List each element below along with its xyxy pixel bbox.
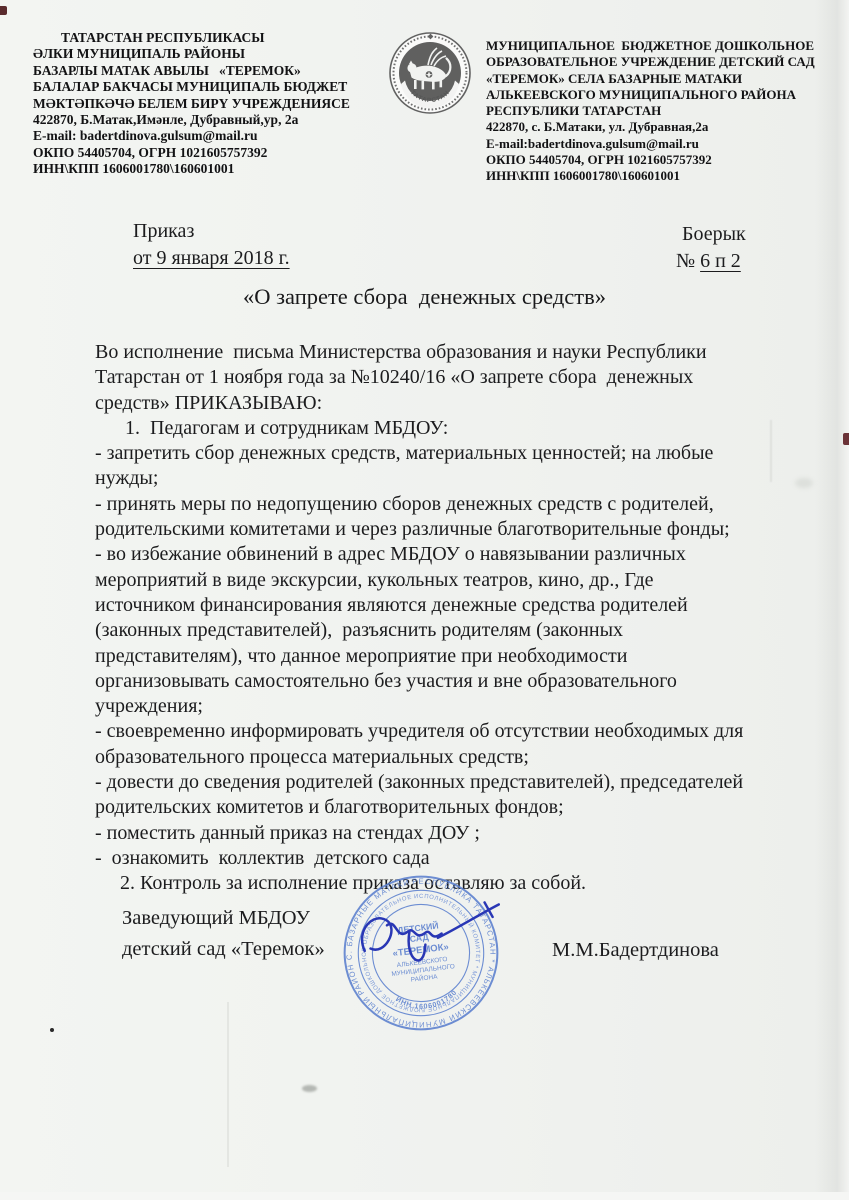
- letterhead-right-line: ОКПО 54405704, ОГРН 1021605757392: [486, 152, 836, 168]
- body-line: родительских комитетов и благотворительн…: [95, 795, 787, 820]
- scanned-document-page: ТАТАРСТАН РЕСПУБЛИКАСЫӘЛКИ МУНИЦИПАЛЬ РА…: [0, 0, 849, 1200]
- letterhead-left-line: ИНН\КПП 1606001780\160601001: [33, 161, 393, 177]
- tatarstan-coat-of-arms-icon: ТАТАРСТАН: [388, 31, 472, 115]
- letterhead-left-line: БАЛАЛАР БАКЧАСЫ МУНИЦИПАЛЬ БЮДЖЕТ: [33, 79, 393, 95]
- body-line: источником финансирования являются денеж…: [95, 593, 787, 618]
- body-line: средств» ПРИКАЗЫВАЮ:: [95, 391, 787, 416]
- letterhead-left-line: БАЗАРЛЫ МАТАК АВЫЛЫ «ТЕРЕМОК»: [33, 63, 393, 79]
- body-line: организовывать самостоятельно без участи…: [95, 669, 787, 694]
- order-meta-left: Приказ от 9 января 2018 г.: [133, 218, 290, 272]
- body-line: учреждения;: [95, 694, 787, 719]
- order-date: от 9 января 2018 г.: [133, 245, 290, 272]
- handwritten-signature: [338, 882, 533, 997]
- scan-edge-mark: [843, 433, 849, 445]
- order-number-value: 6 п 2: [700, 250, 741, 272]
- letterhead-left-line: 422870, Б.Матак,Имәнле, Дубравный,ур, 2а: [33, 112, 393, 128]
- signatory-position-line: Заведующий МБДОУ: [122, 903, 325, 934]
- order-label-tat: Боерык: [676, 221, 746, 248]
- letterhead-right-line: E-mail:badertdinova.gulsum@mail.ru: [486, 136, 836, 152]
- letterhead-left-org: ТАТАРСТАН РЕСПУБЛИКАСЫӘЛКИ МУНИЦИПАЛЬ РА…: [33, 30, 393, 178]
- letterhead-right-line: МУНИЦИПАЛЬНОЕ БЮДЖЕТНОЕ ДОШКОЛЬНОЕ: [486, 38, 836, 54]
- body-line: - запретить сбор денежных средств, матер…: [95, 441, 787, 466]
- letterhead-left-line: ОКПО 54405704, ОГРН 1021605757392: [33, 145, 393, 161]
- body-line: - поместить данный приказ на стендах ДОУ…: [95, 821, 787, 846]
- body-line: Татарстан от 1 ноября года за №10240/16 …: [95, 365, 787, 390]
- body-line: 1. Педагогам и сотрудникам МБДОУ:: [95, 416, 787, 441]
- order-number-line: № 6 п 2: [676, 248, 746, 275]
- scan-speck: [302, 1085, 317, 1092]
- body-line: нужды;: [95, 466, 787, 491]
- body-line: родительскими комитетами и через различн…: [95, 517, 787, 542]
- body-line: представителям), что данное мероприятие …: [95, 644, 787, 669]
- order-label-ru: Приказ: [133, 218, 290, 245]
- signatory-name: М.М.Бадертдинова: [552, 939, 719, 962]
- order-meta-right: Боерык № 6 п 2: [676, 221, 746, 275]
- body-line: образовательного процесса материальных с…: [95, 745, 787, 770]
- scan-ink-dot: [50, 1028, 54, 1032]
- signatory-position: Заведующий МБДОУдетский сад «Теремок»: [122, 903, 325, 965]
- letterhead-left-line: ӘЛКИ МУНИЦИПАЛЬ РАЙОНЫ: [33, 46, 393, 62]
- order-body-text: Во исполнение письма Министерства образо…: [95, 340, 787, 897]
- letterhead-right-line: «ТЕРЕМОК» СЕЛА БАЗАРНЫЕ МАТАКИ: [486, 71, 836, 87]
- body-line: Во исполнение письма Министерства образо…: [95, 340, 787, 365]
- body-line: (законных представителей), разъяснить ро…: [95, 618, 787, 643]
- scan-streak: [227, 1002, 229, 1167]
- body-line: - принять меры по недопущению сборов ден…: [95, 492, 787, 517]
- body-line: мероприятий в виде экскурсии, кукольных …: [95, 568, 787, 593]
- letterhead-left-line: ТАТАРСТАН РЕСПУБЛИКАСЫ: [33, 30, 393, 46]
- document-title: «О запрете сбора денежных средств»: [0, 284, 849, 310]
- letterhead-right-line: 422870, с. Б.Матаки, ул. Дубравная,2а: [486, 119, 836, 135]
- scan-smudge: [795, 478, 813, 488]
- body-line: - довести до сведения родителей (законны…: [95, 770, 787, 795]
- letterhead-right-line: ОБРАЗОВАТЕЛЬНОЕ УЧРЕЖДЕНИЕ ДЕТСКИЙ САД: [486, 54, 836, 70]
- order-number-prefix: №: [676, 250, 700, 272]
- letterhead-right-line: ИНН\КПП 1606001780\160601001: [486, 168, 836, 184]
- scan-edge-mark: [0, 6, 7, 15]
- signatory-position-line: детский сад «Теремок»: [122, 934, 325, 965]
- body-line: - своевременно информировать учредителя …: [95, 719, 787, 744]
- letterhead-right-org: МУНИЦИПАЛЬНОЕ БЮДЖЕТНОЕ ДОШКОЛЬНОЕОБРАЗО…: [486, 38, 836, 185]
- letterhead-right-line: РЕСПУБЛИКИ ТАТАРСТАН: [486, 103, 836, 119]
- letterhead-left-line: E-mail: badertdinova.gulsum@mail.ru: [33, 128, 393, 144]
- letterhead-left-line: МӘКТӘПКӘЧӘ БЕЛЕМ БИРҮ УЧРЕЖДЕНИЯСЕ: [33, 96, 393, 112]
- letterhead-right-line: АЛЬКЕЕВСКОГО МУНИЦИПАЛЬНОГО РАЙОНА: [486, 87, 836, 103]
- body-line: - во избежание обвинений в адрес МБДОУ о…: [95, 542, 787, 567]
